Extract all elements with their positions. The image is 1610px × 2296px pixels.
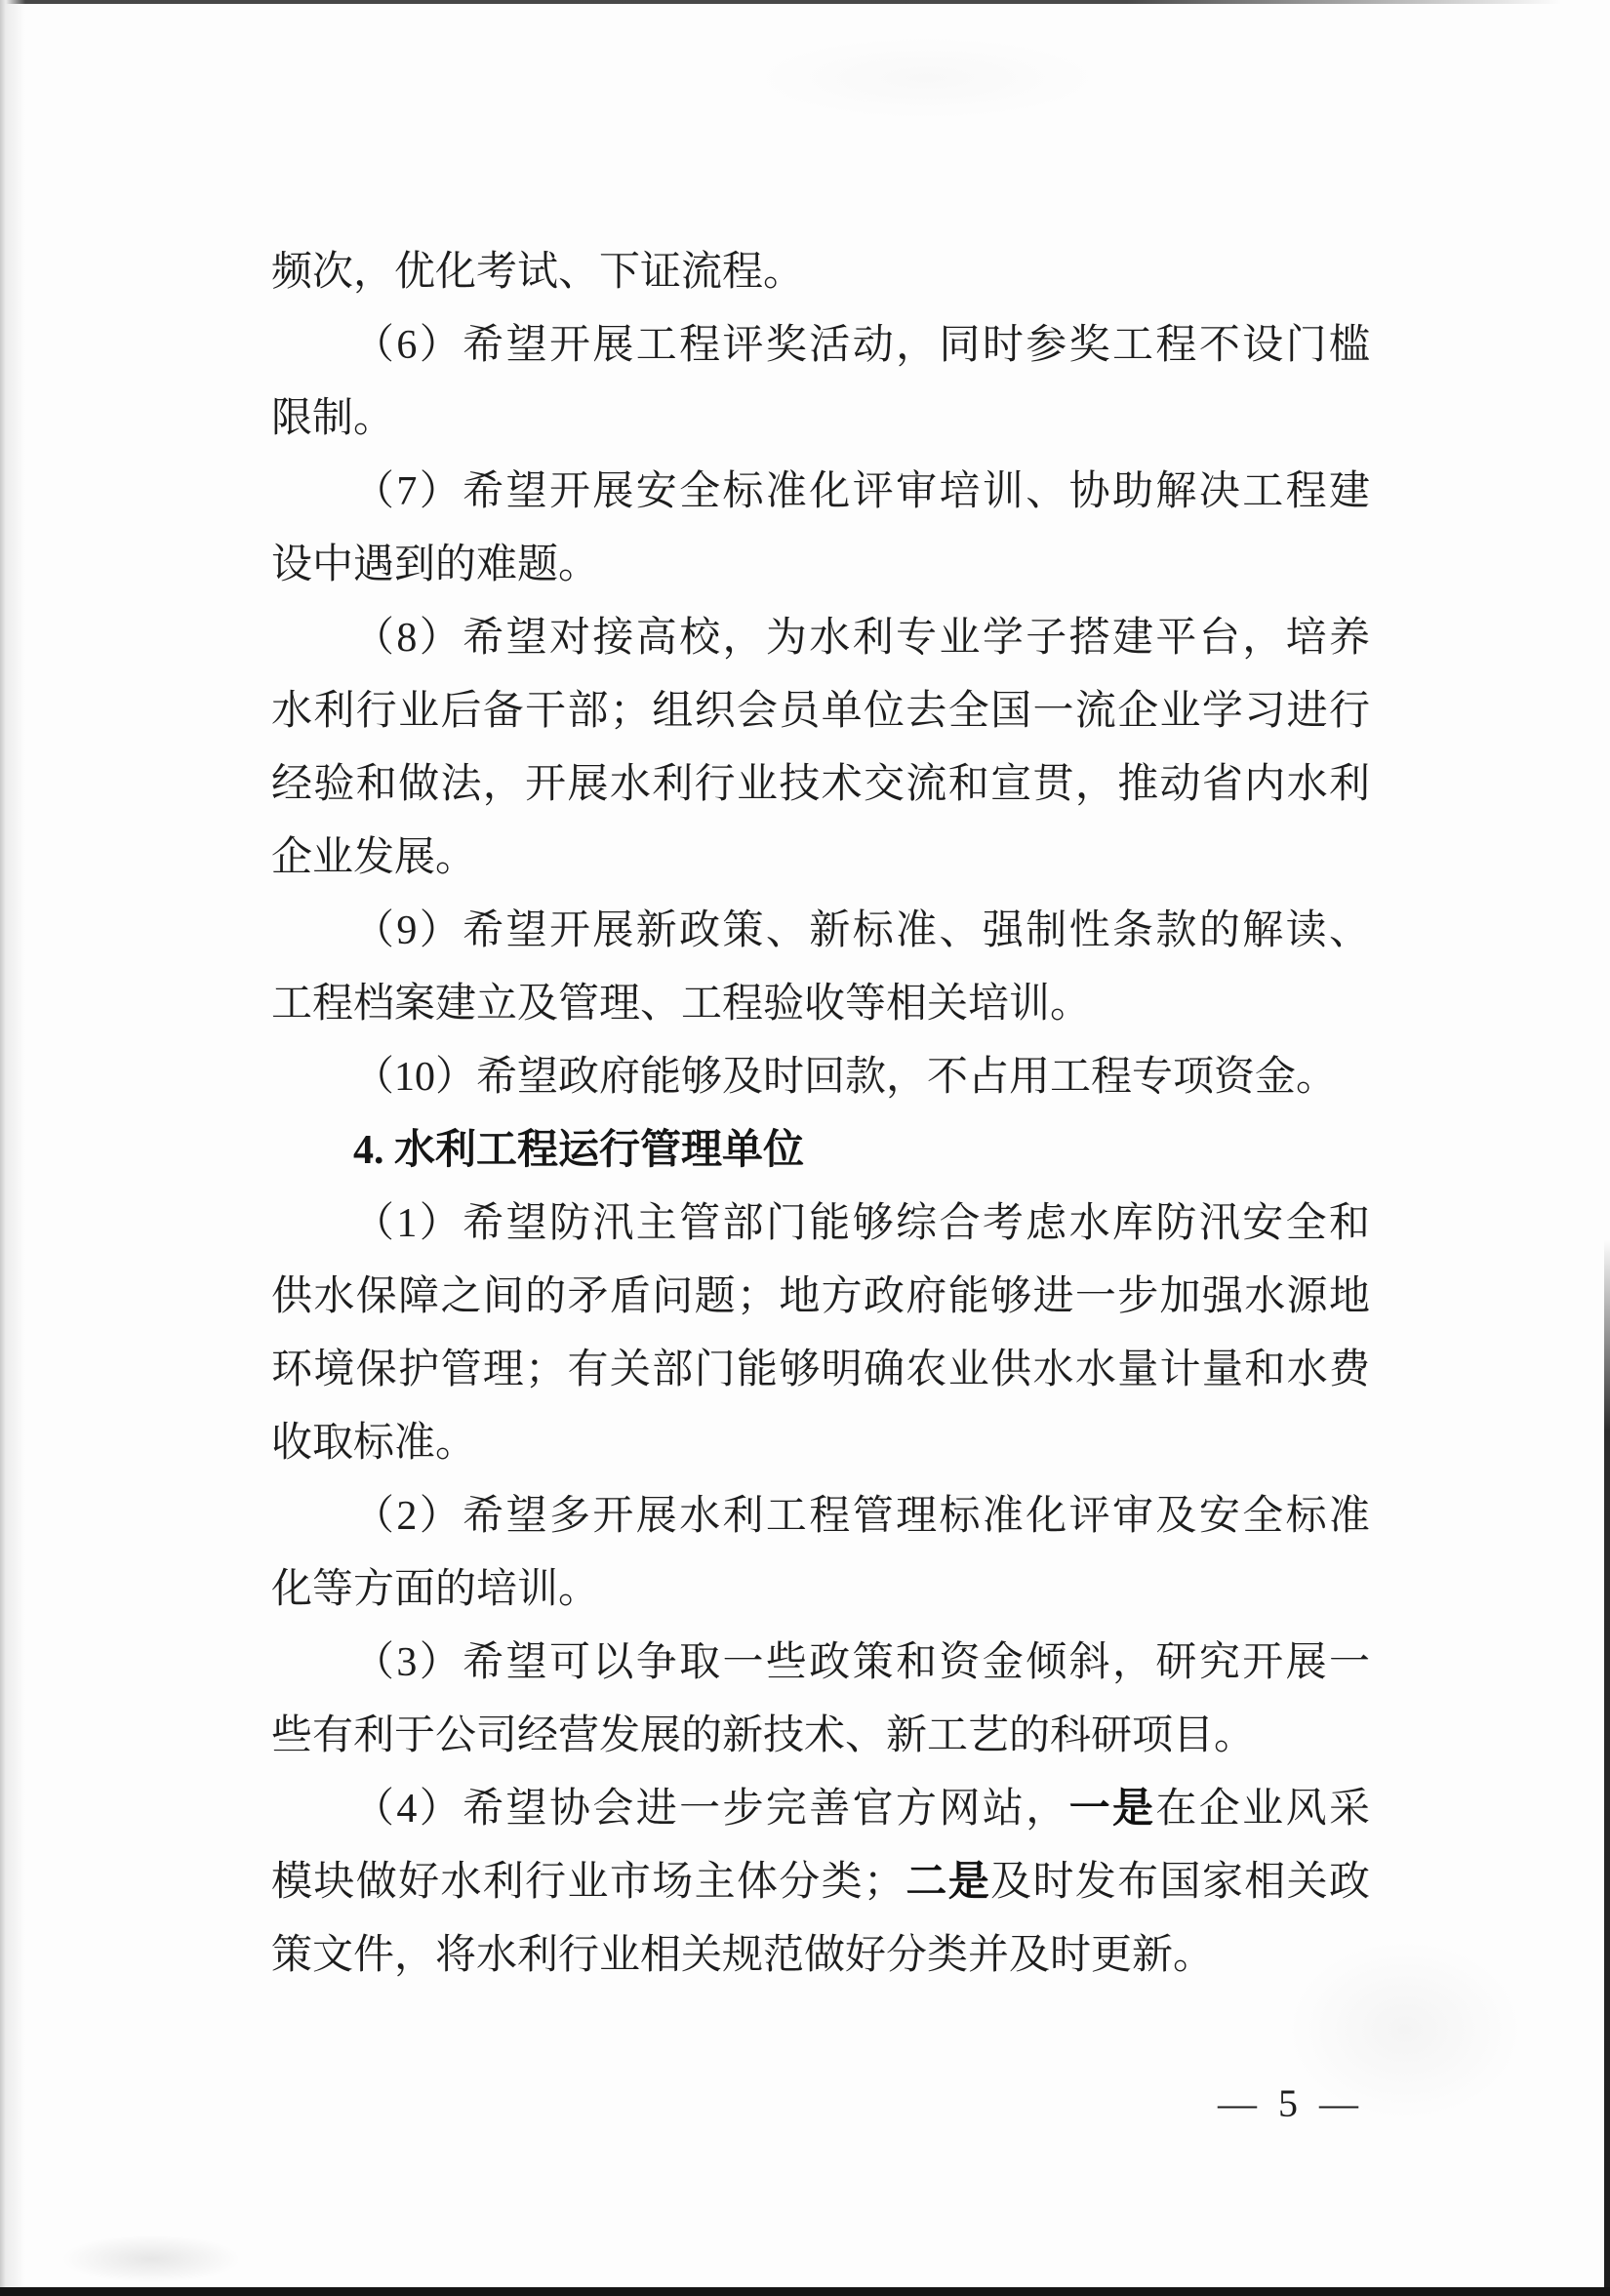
text-line: （10）希望政府能够及时回款，不占用工程专项资金。 (271, 1041, 1370, 1114)
text-run: （4）希望协会进一步完善官方网站， (353, 1787, 1069, 1832)
scan-page: 频次，优化考试、下证流程。 （6）希望开展工程评奖活动，同时参奖工程不设门槛 限… (0, 0, 1610, 2296)
text-line: （2）希望多开展水利工程管理标准化评审及安全标准 (271, 1480, 1370, 1553)
scan-edge-right (1604, 1240, 1610, 2296)
text-line: 模块做好水利行业市场主体分类；二是及时发布国家相关政 (271, 1846, 1370, 1919)
text-line: 工程档案建立及管理、工程验收等相关培训。 (271, 968, 1370, 1041)
text-line: （7）希望开展安全标准化评审培训、协助解决工程建 (271, 456, 1370, 529)
text-line: （1）希望防汛主管部门能够综合考虑水库防汛安全和 (271, 1188, 1370, 1261)
bold-emphasis: 二是 (905, 1860, 990, 1905)
text-line: 策文件，将水利行业相关规范做好分类并及时更新。 (271, 1919, 1370, 1993)
bold-emphasis: 一是 (1069, 1787, 1156, 1832)
text-run: 在企业风采 (1155, 1787, 1370, 1832)
text-line: （3）希望可以争取一些政策和资金倾斜，研究开展一 (271, 1627, 1370, 1700)
text-line: 设中遇到的难题。 (271, 529, 1370, 602)
text-line: （6）希望开展工程评奖活动，同时参奖工程不设门槛 (271, 309, 1370, 383)
text-line: （8）希望对接高校，为水利专业学子搭建平台，培养 (271, 602, 1370, 675)
document-body: 频次，优化考试、下证流程。 （6）希望开展工程评奖活动，同时参奖工程不设门槛 限… (271, 236, 1370, 1993)
scan-edge-left (0, 0, 25, 2296)
text-line: 水利行业后备干部；组织会员单位去全国一流企业学习进行 (271, 675, 1370, 748)
scan-edge-top (0, 0, 1610, 4)
text-line: （9）希望开展新政策、新标准、强制性条款的解读、 (271, 895, 1370, 968)
text-line: 环境保护管理；有关部门能够明确农业供水水量计量和水费 (271, 1334, 1370, 1407)
page-number: — 5 — (1218, 2076, 1364, 2131)
text-run: 模块做好水利行业市场主体分类； (271, 1860, 905, 1905)
text-line: 频次，优化考试、下证流程。 (271, 236, 1370, 309)
scan-smudge (683, 20, 1171, 137)
text-line: 经验和做法，开展水利行业技术交流和宣贯，推动省内水利 (271, 748, 1370, 822)
text-line: 限制。 (271, 383, 1370, 456)
scan-smudge (24, 2225, 278, 2293)
text-line: 企业发展。 (271, 822, 1370, 895)
text-line: 化等方面的培训。 (271, 1553, 1370, 1627)
text-line: 些有利于公司经营发展的新技术、新工艺的科研项目。 (271, 1700, 1370, 1773)
text-run: 及时发布国家相关政 (990, 1860, 1370, 1905)
text-line: （4）希望协会进一步完善官方网站，一是在企业风采 (271, 1773, 1370, 1846)
text-line: 供水保障之间的矛盾问题；地方政府能够进一步加强水源地 (271, 1261, 1370, 1334)
text-line: 收取标准。 (271, 1407, 1370, 1480)
section-heading: 4. 水利工程运行管理单位 (271, 1114, 1370, 1188)
